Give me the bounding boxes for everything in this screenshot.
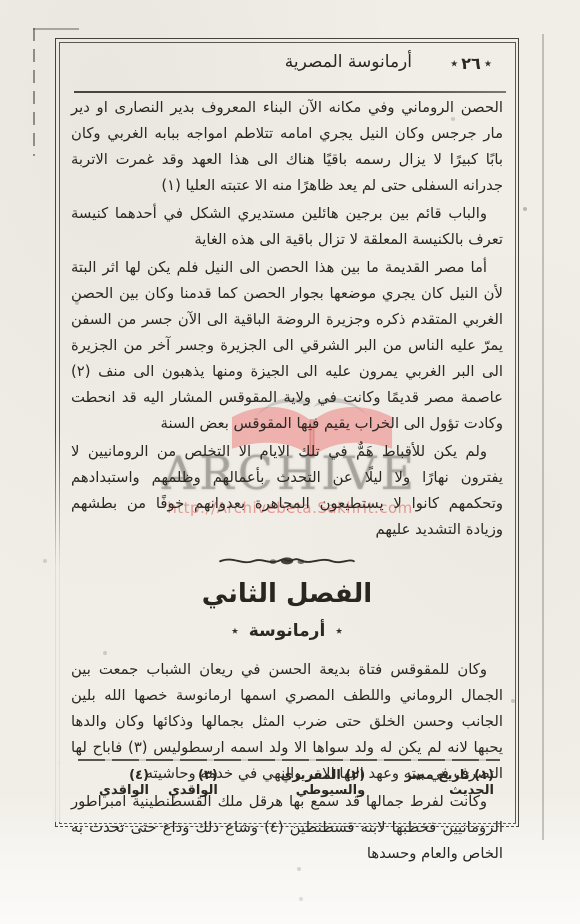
page-number: ٭ ٢٦ ٭	[450, 54, 492, 73]
header-rule	[74, 91, 506, 93]
chapter-subtitle: ٭ أرمانوسة ٭	[71, 621, 503, 641]
running-title: أرمانوسة المصرية	[285, 52, 412, 72]
paragraph: ولم يكن للأقباط هَمٌّ في تلك الايام الا …	[71, 439, 503, 543]
scan-noise-specks	[0, 0, 2, 2]
chapter-title: الفصل الثاني	[71, 576, 503, 612]
footnote-item: (٣) الواقدي	[149, 768, 218, 798]
page-frame-border: أرمانوسة المصرية ٭ ٢٦ ٭ الحصن الروماني و…	[55, 38, 519, 827]
scan-edge-line-top	[33, 28, 79, 30]
scan-fade-artifact	[52, 430, 61, 822]
paragraph: والباب قائم بين برجين هائلين مستديري الش…	[71, 201, 503, 253]
chapter-subtitle-text: أرمانوسة	[249, 621, 326, 641]
footnote-item: (٤) الواقدي	[80, 768, 149, 798]
page-header: أرمانوسة المصرية ٭ ٢٦ ٭	[56, 39, 518, 93]
footnote-row: (١) تاريخ مصر الحديث (٢) المقريزي والسيو…	[72, 768, 502, 798]
paragraph: الحصن الروماني وفي مكانه الآن البناء الم…	[71, 95, 503, 199]
scan-edge-line-left	[33, 28, 35, 156]
paragraph: أما مصر القديمة ما بين هذا الحصن الى الن…	[71, 255, 503, 437]
text-body: الحصن الروماني وفي مكانه الآن البناء الم…	[71, 95, 503, 869]
calligraphic-flourish-icon	[217, 553, 357, 568]
scanned-book-page: ARCHIVE http://Archivebeta.Sakhrit.com أ…	[0, 0, 580, 924]
footnote-area: (١) تاريخ مصر الحديث (٢) المقريزي والسيو…	[72, 759, 502, 798]
flower-ornament-icon: ٭	[450, 56, 458, 71]
scan-edge-line-right	[542, 34, 544, 840]
section-divider-ornament	[217, 553, 357, 572]
footnote-item: (٢) المقريزي والسيوطي	[218, 768, 365, 798]
page-number-value: ٢٦	[461, 54, 481, 73]
flower-ornament-icon: ٭	[335, 623, 343, 639]
footnote-rule	[78, 759, 500, 761]
flower-ornament-icon: ٭	[231, 623, 239, 639]
footnote-item: (١) تاريخ مصر الحديث	[365, 768, 494, 798]
flower-ornament-icon: ٭	[484, 56, 492, 71]
paragraph: وكانت لفرط جمالها قد سمع بها هرقل ملك ال…	[71, 789, 503, 867]
